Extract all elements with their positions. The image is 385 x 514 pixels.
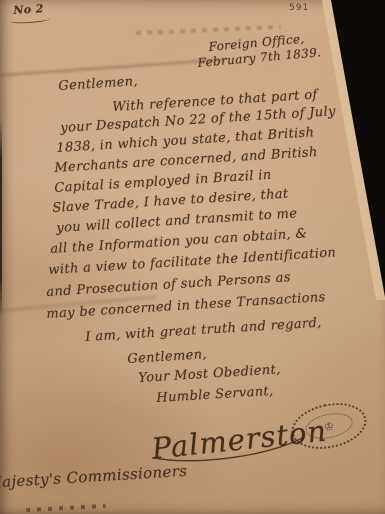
archive-stamp-inner-ring: ♔: [303, 409, 355, 442]
page-number: 591: [289, 3, 309, 13]
doc-number: No 2: [13, 2, 44, 17]
paper-edge-shadow: [0, 118, 2, 318]
letter-photograph: No 2 591 Foreign Office, February 7th 18…: [0, 0, 385, 514]
crown-icon: ♔: [323, 420, 335, 433]
